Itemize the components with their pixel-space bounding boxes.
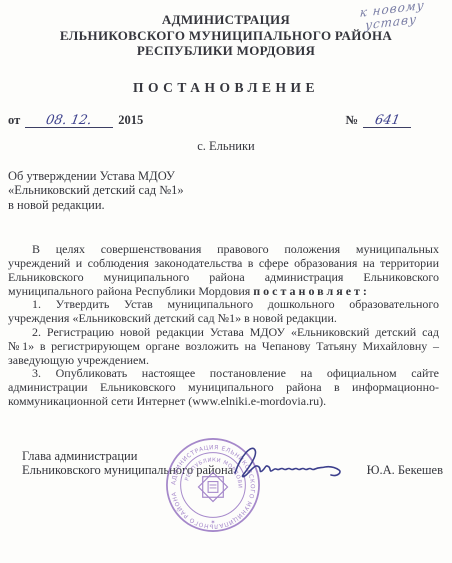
place-line: с. Ельники (0, 139, 452, 154)
subject-block: Об утверждении Устава МДОУ «Ельниковский… (8, 169, 248, 213)
resolves-word: постановляет: (253, 284, 370, 298)
document-body: В целях совершенствования правового поло… (0, 243, 452, 409)
date-blank-line: 08. 12. (25, 114, 113, 128)
number-label: № (345, 113, 358, 127)
preamble-text: В целях совершенствования правового поло… (8, 242, 439, 297)
paragraph-item-1: 1. Утвердить Устав муниципального дошкол… (8, 298, 439, 326)
paragraph-preamble: В целях совершенствования правового поло… (8, 243, 439, 298)
signature-stroke (235, 448, 340, 476)
number-handwritten-value: 641 (373, 114, 400, 127)
paragraph-item-3: 3. Опубликовать настоящее постановление … (8, 367, 439, 408)
document-page: к новому уставу АДМИНИСТРАЦИЯ ЕЛЬНИКОВСК… (0, 0, 452, 563)
date-label: от (8, 113, 20, 127)
date-handwritten-value: 08. 12. (45, 114, 93, 127)
number-blank-line: 641 (363, 114, 411, 128)
org-name-line3: РЕСПУБЛИКИ МОРДОВИЯ (0, 43, 452, 59)
date-group: от08. 12.2015 (8, 113, 143, 128)
signatory-name: Ю.А. Бекешев (367, 463, 443, 478)
stamp-emblem-shield (208, 482, 218, 493)
signature-autograph (231, 441, 347, 485)
date-number-row: от08. 12.2015 №641 (8, 113, 416, 128)
paragraph-item-2: 2. Регистрацию новой редакции Устава МДО… (8, 326, 439, 367)
number-group: №641 (345, 113, 416, 128)
document-title: ПОСТАНОВЛЕНИЕ (0, 80, 452, 96)
year-label: 2015 (118, 113, 143, 127)
stamp-bottom-star: ✶ (211, 519, 216, 526)
stamp-emblem-bars (210, 485, 217, 488)
